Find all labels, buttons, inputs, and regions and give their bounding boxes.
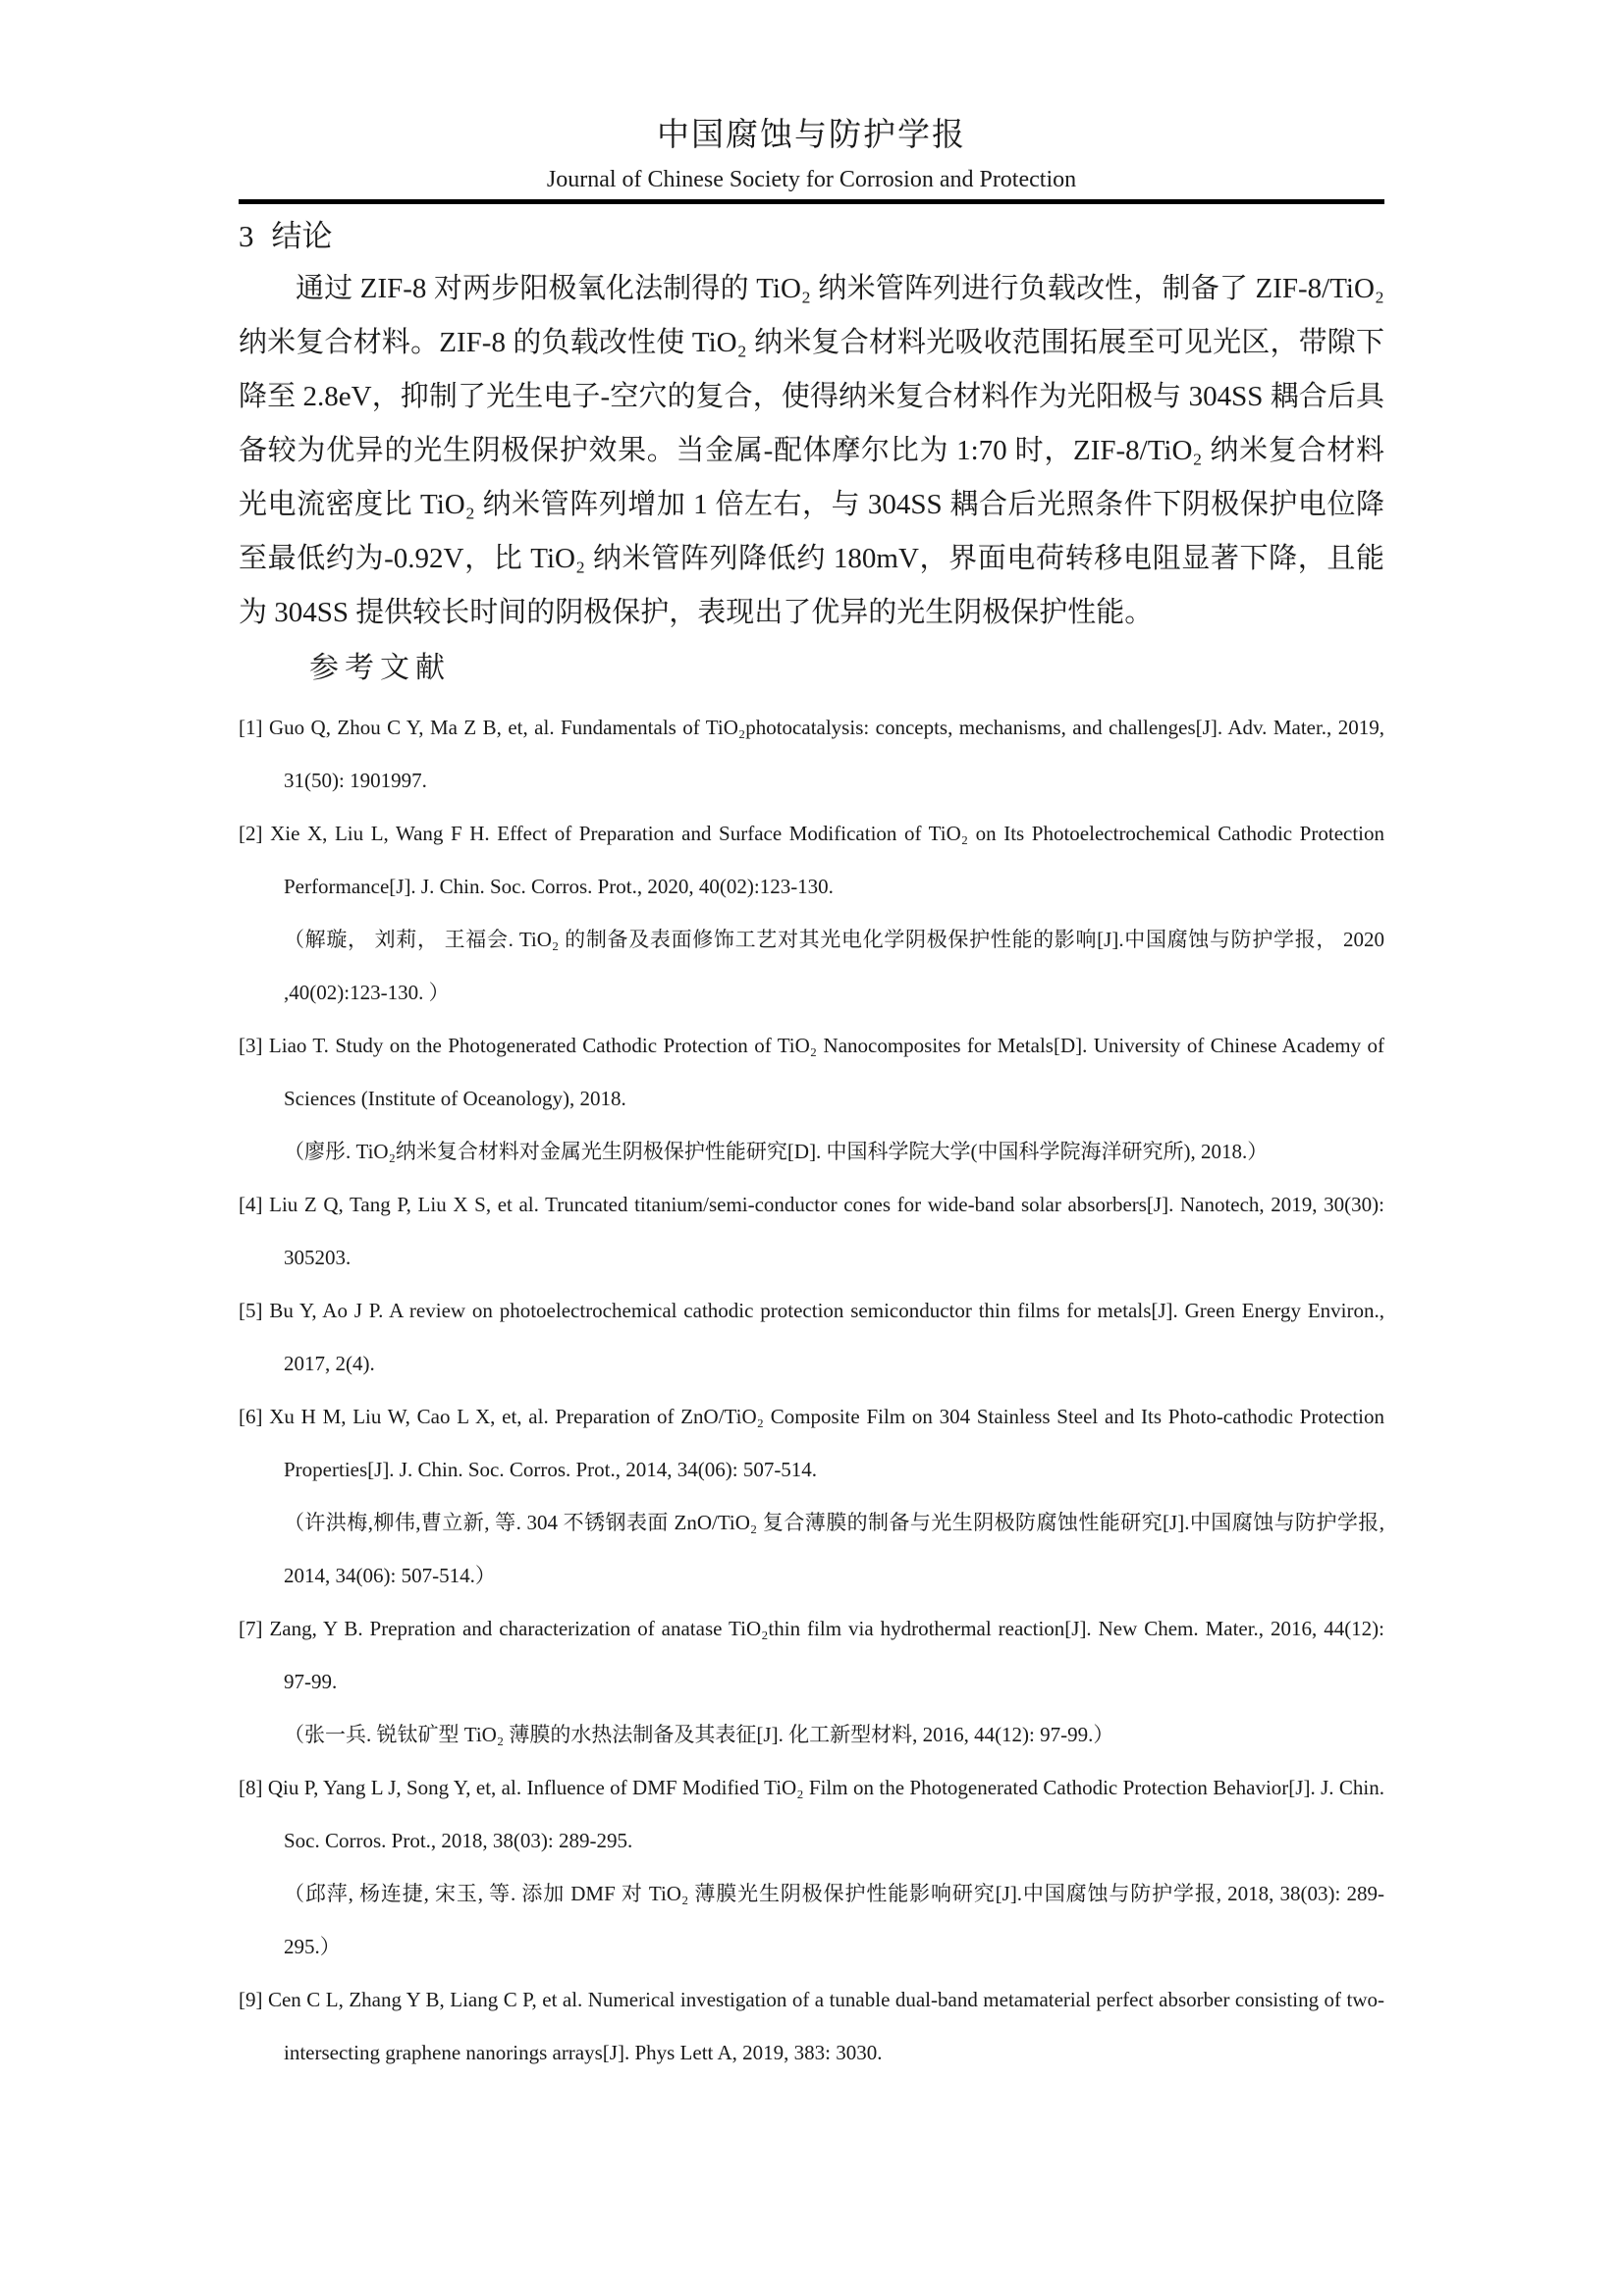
- reference-marker: [7]: [239, 1617, 263, 1640]
- reference-marker: [5]: [239, 1299, 263, 1322]
- reference-marker: [2]: [239, 822, 263, 845]
- references-heading: 参考文献: [309, 649, 1384, 688]
- reference-item: [1] Guo Q, Zhou C Y, Ma Z B, et, al. Fun…: [239, 701, 1384, 807]
- journal-title-english: Journal of Chinese Society for Corrosion…: [239, 166, 1384, 193]
- journal-page: 中国腐蚀与防护学报 Journal of Chinese Society for…: [0, 0, 1624, 2296]
- reference-text: Xu H M, Liu W, Cao L X, et, al. Preparat…: [269, 1405, 1384, 1481]
- reference-translation: （邱萍, 杨连捷, 宋玉, 等. 添加 DMF 对 TiO₂ 薄膜光生阴极保护性…: [284, 1867, 1384, 1973]
- reference-item: [5] Bu Y, Ao J P. A review on photoelect…: [239, 1284, 1384, 1390]
- reference-text: Zang, Y B. Prepration and characterizati…: [269, 1617, 1384, 1693]
- reference-item: [2] Xie X, Liu L, Wang F H. Effect of Pr…: [239, 807, 1384, 1019]
- reference-translation: （张一兵. 锐钛矿型 TiO₂ 薄膜的水热法制备及其表征[J]. 化工新型材料,…: [284, 1708, 1384, 1761]
- conclusion-paragraph: 通过 ZIF-8 对两步阳极氧化法制得的 TiO₂ 纳米管阵列进行负载改性，制备…: [239, 262, 1384, 640]
- section-number: 3: [239, 218, 254, 255]
- reference-text: Liao T. Study on the Photogenerated Cath…: [269, 1034, 1384, 1110]
- reference-item: [6] Xu H M, Liu W, Cao L X, et, al. Prep…: [239, 1390, 1384, 1602]
- reference-text: Cen C L, Zhang Y B, Liang C P, et al. Nu…: [268, 1988, 1384, 2064]
- reference-text: Bu Y, Ao J P. A review on photoelectroch…: [269, 1299, 1384, 1375]
- reference-item: [8] Qiu P, Yang L J, Song Y, et, al. Inf…: [239, 1761, 1384, 1973]
- reference-item: [9] Cen C L, Zhang Y B, Liang C P, et al…: [239, 1973, 1384, 2079]
- reference-marker: [9]: [239, 1988, 263, 2011]
- reference-item: [4] Liu Z Q, Tang P, Liu X S, et al. Tru…: [239, 1178, 1384, 1284]
- reference-text: Xie X, Liu L, Wang F H. Effect of Prepar…: [270, 822, 1384, 898]
- reference-text: Qiu P, Yang L J, Song Y, et, al. Influen…: [268, 1776, 1384, 1852]
- reference-marker: [3]: [239, 1034, 263, 1057]
- section-heading: 3结论: [239, 218, 1384, 255]
- reference-marker: [6]: [239, 1405, 263, 1428]
- reference-text: Liu Z Q, Tang P, Liu X S, et al. Truncat…: [269, 1193, 1384, 1269]
- reference-marker: [8]: [239, 1776, 263, 1799]
- reference-marker: [4]: [239, 1193, 263, 1216]
- reference-translation: （解璇， 刘莉， 王福会. TiO₂ 的制备及表面修饰工艺对其光电化学阴极保护性…: [284, 913, 1384, 1019]
- header-divider-rule: [239, 199, 1384, 204]
- journal-title-chinese: 中国腐蚀与防护学报: [239, 116, 1384, 155]
- reference-item: [7] Zang, Y B. Prepration and characteri…: [239, 1602, 1384, 1761]
- references-list: [1] Guo Q, Zhou C Y, Ma Z B, et, al. Fun…: [239, 701, 1384, 2079]
- reference-marker: [1]: [239, 716, 263, 739]
- reference-text: Guo Q, Zhou C Y, Ma Z B, et, al. Fundame…: [269, 716, 1384, 792]
- reference-translation: （许洪梅,柳伟,曹立新, 等. 304 不锈钢表面 ZnO/TiO₂ 复合薄膜的…: [284, 1496, 1384, 1602]
- section-title: 结论: [272, 219, 333, 253]
- reference-item: [3] Liao T. Study on the Photogenerated …: [239, 1019, 1384, 1178]
- reference-translation: （廖彤. TiO₂纳米复合材料对金属光生阴极保护性能研究[D]. 中国科学院大学…: [284, 1125, 1384, 1178]
